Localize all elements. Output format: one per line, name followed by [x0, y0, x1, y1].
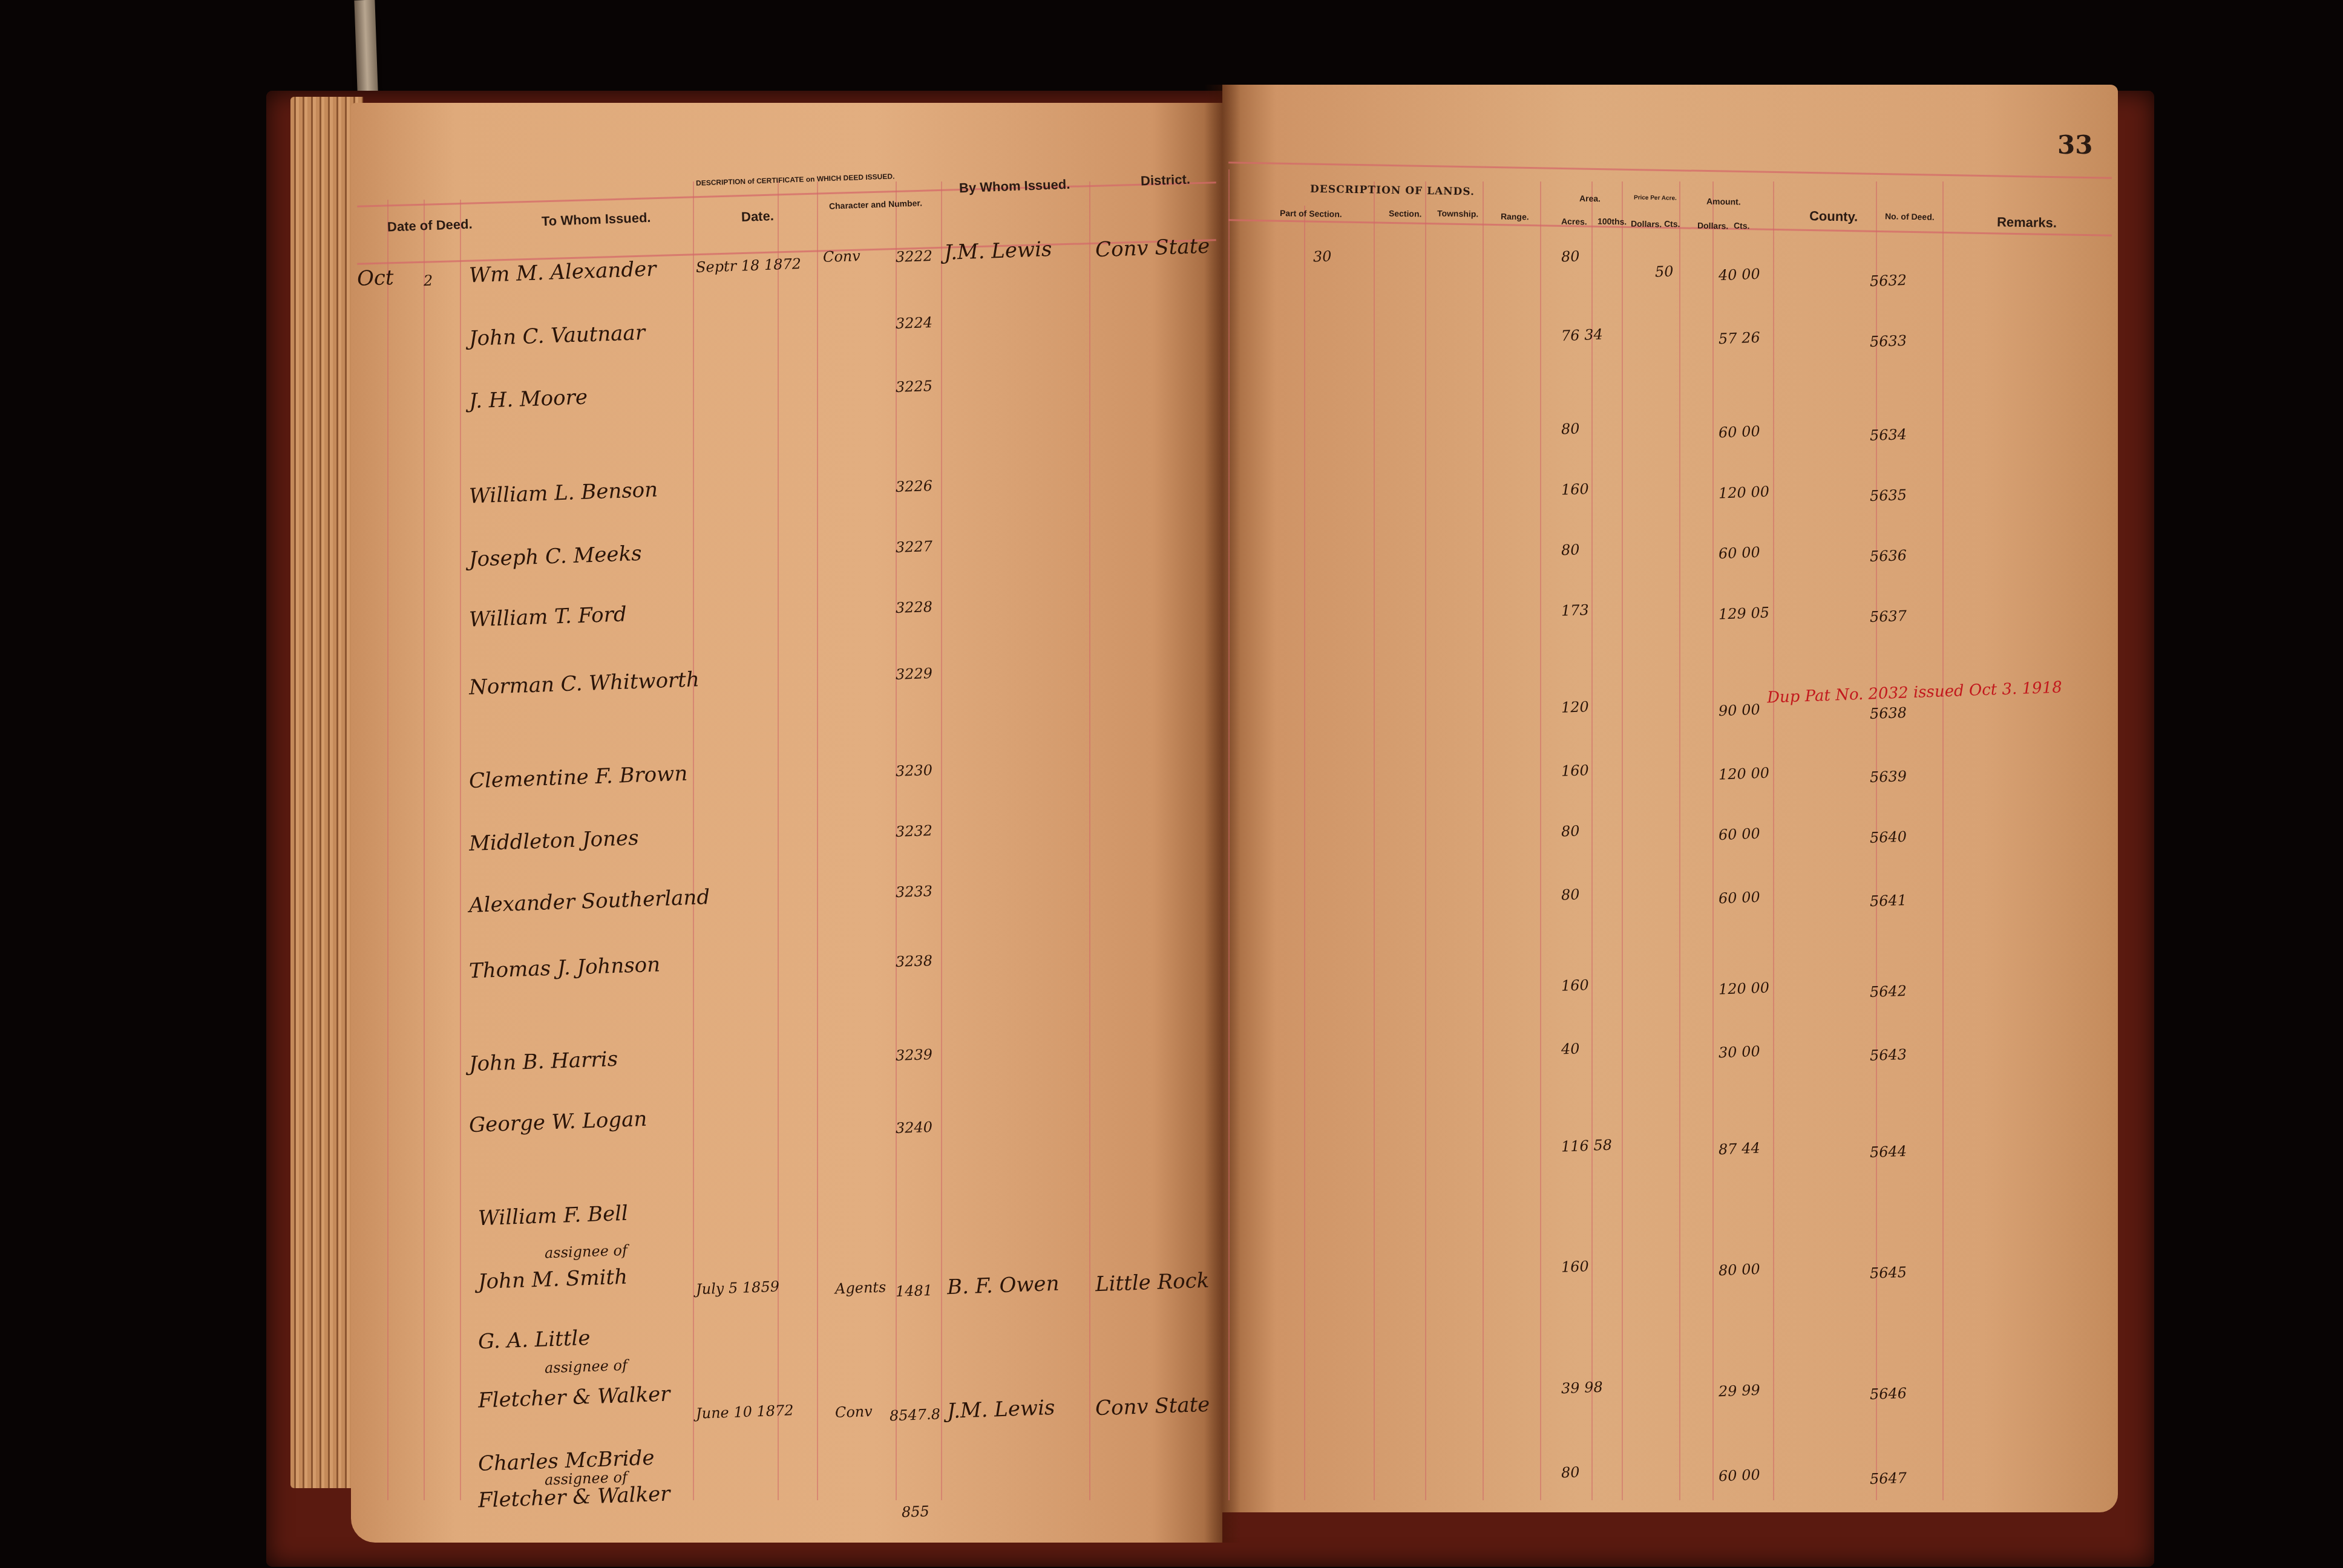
cert-character: Conv — [835, 1403, 873, 1421]
price: 50 — [1655, 263, 1674, 280]
col-rule — [387, 200, 388, 1500]
cert-number: 3239 — [896, 1046, 933, 1064]
header-price-dollars: Dollars. — [1631, 219, 1662, 229]
assignee-label: assignee of — [545, 1357, 628, 1377]
cert-number: 3229 — [896, 665, 933, 683]
cert-number: 8547.8 — [890, 1406, 941, 1425]
col-rule — [1591, 181, 1593, 1500]
grantee-name: J. H. Moore — [468, 385, 588, 414]
right-page — [1222, 85, 2118, 1512]
acres: 160 — [1561, 1258, 1590, 1276]
cert-number: 3230 — [896, 762, 933, 780]
deed-number: 5637 — [1870, 607, 1907, 626]
amount: 57 26 — [1719, 329, 1761, 347]
acres: 160 — [1561, 480, 1590, 498]
col-rule — [1089, 181, 1090, 1500]
col-rule — [460, 200, 461, 1500]
issuer: J.M. Lewis — [943, 237, 1052, 265]
deed-number: 5644 — [1870, 1143, 1907, 1161]
acres: 76 34 — [1561, 326, 1604, 344]
acres: 80 — [1561, 420, 1581, 437]
amount: 87 44 — [1719, 1140, 1761, 1158]
col-rule — [1540, 181, 1541, 1500]
deed-number: 5641 — [1870, 892, 1907, 910]
col-rule — [1712, 181, 1714, 1500]
acres: 116 58 — [1561, 1137, 1613, 1155]
col-rule — [1773, 181, 1774, 1500]
cert-character: Agents — [835, 1279, 886, 1298]
header-price-cents: Cts. — [1664, 219, 1680, 229]
deed-number: 5639 — [1870, 768, 1907, 786]
left-page — [351, 103, 1222, 1543]
deed-number: 5645 — [1870, 1264, 1907, 1282]
header-date-of-deed: Date of Deed. — [387, 217, 473, 235]
cert-number: 3227 — [896, 538, 933, 556]
cert-number: 3226 — [896, 477, 933, 495]
header-hundredths: 100ths. — [1597, 217, 1627, 227]
deed-number: 5646 — [1870, 1385, 1907, 1403]
acres: 80 — [1561, 247, 1581, 265]
col-rule — [1304, 206, 1305, 1500]
cert-number: 3222 — [896, 247, 933, 266]
header-amount-cents: Cts. — [1734, 221, 1750, 230]
col-rule — [693, 181, 694, 1500]
cert-number: 855 — [902, 1503, 930, 1521]
col-rule — [1374, 181, 1375, 1500]
amount: 60 00 — [1719, 544, 1761, 562]
deed-number: 5638 — [1870, 704, 1907, 722]
header-remarks: Remarks. — [1997, 214, 2057, 231]
col-rule — [778, 181, 779, 1500]
acres: 80 — [1561, 541, 1581, 558]
amount: 120 00 — [1719, 765, 1770, 783]
amount: 60 00 — [1719, 825, 1761, 843]
deed-number: 5632 — [1870, 272, 1907, 290]
amount: 60 00 — [1719, 423, 1761, 441]
cert-date: July 5 1859 — [696, 1278, 780, 1298]
header-cert-date: Date. — [741, 208, 775, 225]
acres: 160 — [1561, 976, 1590, 995]
amount: 30 00 — [1719, 1043, 1761, 1061]
grantee-name: G. A. Little — [477, 1326, 591, 1354]
district: Conv State — [1095, 234, 1210, 263]
amount: 90 00 — [1719, 701, 1761, 719]
cert-number: 3228 — [896, 598, 933, 616]
cert-character: Conv — [823, 247, 861, 266]
amount: 60 00 — [1719, 889, 1761, 907]
book-gutter — [1204, 85, 1240, 1543]
amount: 120 00 — [1719, 483, 1770, 502]
col-rule — [1483, 181, 1484, 1500]
deed-number: 5633 — [1870, 332, 1907, 350]
header-range: Range. — [1501, 212, 1529, 222]
district: Conv State — [1095, 1393, 1210, 1421]
header-part-of-section: Part of Section. — [1280, 208, 1342, 219]
deed-day: 2 — [424, 272, 433, 290]
header-township: Township. — [1437, 208, 1478, 218]
amount: 80 00 — [1719, 1261, 1761, 1279]
acres: 39 98 — [1561, 1379, 1604, 1397]
header-amount: Amount. — [1706, 197, 1741, 207]
header-section: Section. — [1389, 209, 1422, 219]
cert-number: 3225 — [896, 377, 933, 396]
acres: 80 — [1561, 886, 1581, 903]
cert-date: June 10 1872 — [696, 1402, 795, 1422]
cert-number: 3224 — [896, 314, 933, 332]
acres: 80 — [1561, 1463, 1581, 1481]
acres: 80 — [1561, 822, 1581, 840]
deed-number: 5636 — [1870, 547, 1907, 565]
col-rule — [1942, 181, 1944, 1500]
amount: 40 00 — [1719, 266, 1761, 284]
section: 30 — [1313, 247, 1332, 265]
col-rule — [1425, 181, 1426, 1500]
cert-number: 3240 — [896, 1119, 933, 1137]
assignee-label: assignee of — [545, 1242, 628, 1262]
col-rule — [817, 181, 818, 1500]
col-rule — [424, 200, 425, 1500]
grantee-name: John B. Harris — [468, 1047, 618, 1077]
issuer: J.M. Lewis — [946, 1396, 1055, 1423]
cert-number: 3233 — [896, 883, 933, 901]
header-no-of-deed: No. of Deed. — [1885, 211, 1935, 221]
deed-number: 5643 — [1870, 1046, 1907, 1064]
header-district: District. — [1141, 172, 1191, 189]
col-rule — [1228, 169, 1230, 1500]
deed-number: 5634 — [1870, 426, 1907, 444]
deed-number: 5635 — [1870, 486, 1907, 505]
deed-number: 5640 — [1870, 828, 1907, 846]
header-amount-dollars: Dollars. — [1697, 221, 1729, 231]
page-number: 33 — [2057, 130, 2092, 160]
amount: 29 99 — [1719, 1382, 1761, 1400]
amount: 60 00 — [1719, 1466, 1761, 1485]
issuer: B. F. Owen — [946, 1272, 1060, 1299]
header-price-per-acre: Price Per Acre. — [1634, 194, 1677, 201]
col-rule — [1679, 181, 1680, 1500]
acres: 40 — [1561, 1040, 1581, 1057]
amount: 120 00 — [1719, 979, 1770, 998]
cert-number: 1481 — [896, 1282, 933, 1300]
header-area: Area. — [1579, 194, 1601, 204]
district: Little Rock — [1095, 1269, 1210, 1297]
acres: 160 — [1561, 762, 1590, 780]
col-rule — [1622, 181, 1623, 1500]
deed-number: 5642 — [1870, 982, 1907, 1001]
deed-month: Oct — [356, 266, 394, 291]
acres: 173 — [1561, 601, 1590, 619]
amount: 129 05 — [1719, 604, 1770, 623]
acres: 120 — [1561, 698, 1590, 716]
header-county: County. — [1809, 208, 1858, 224]
deed-number: 5647 — [1870, 1469, 1907, 1488]
cert-number: 3238 — [896, 952, 933, 970]
cert-number: 3232 — [896, 822, 933, 840]
col-rule — [941, 181, 942, 1500]
header-acres: Acres. — [1561, 217, 1587, 227]
